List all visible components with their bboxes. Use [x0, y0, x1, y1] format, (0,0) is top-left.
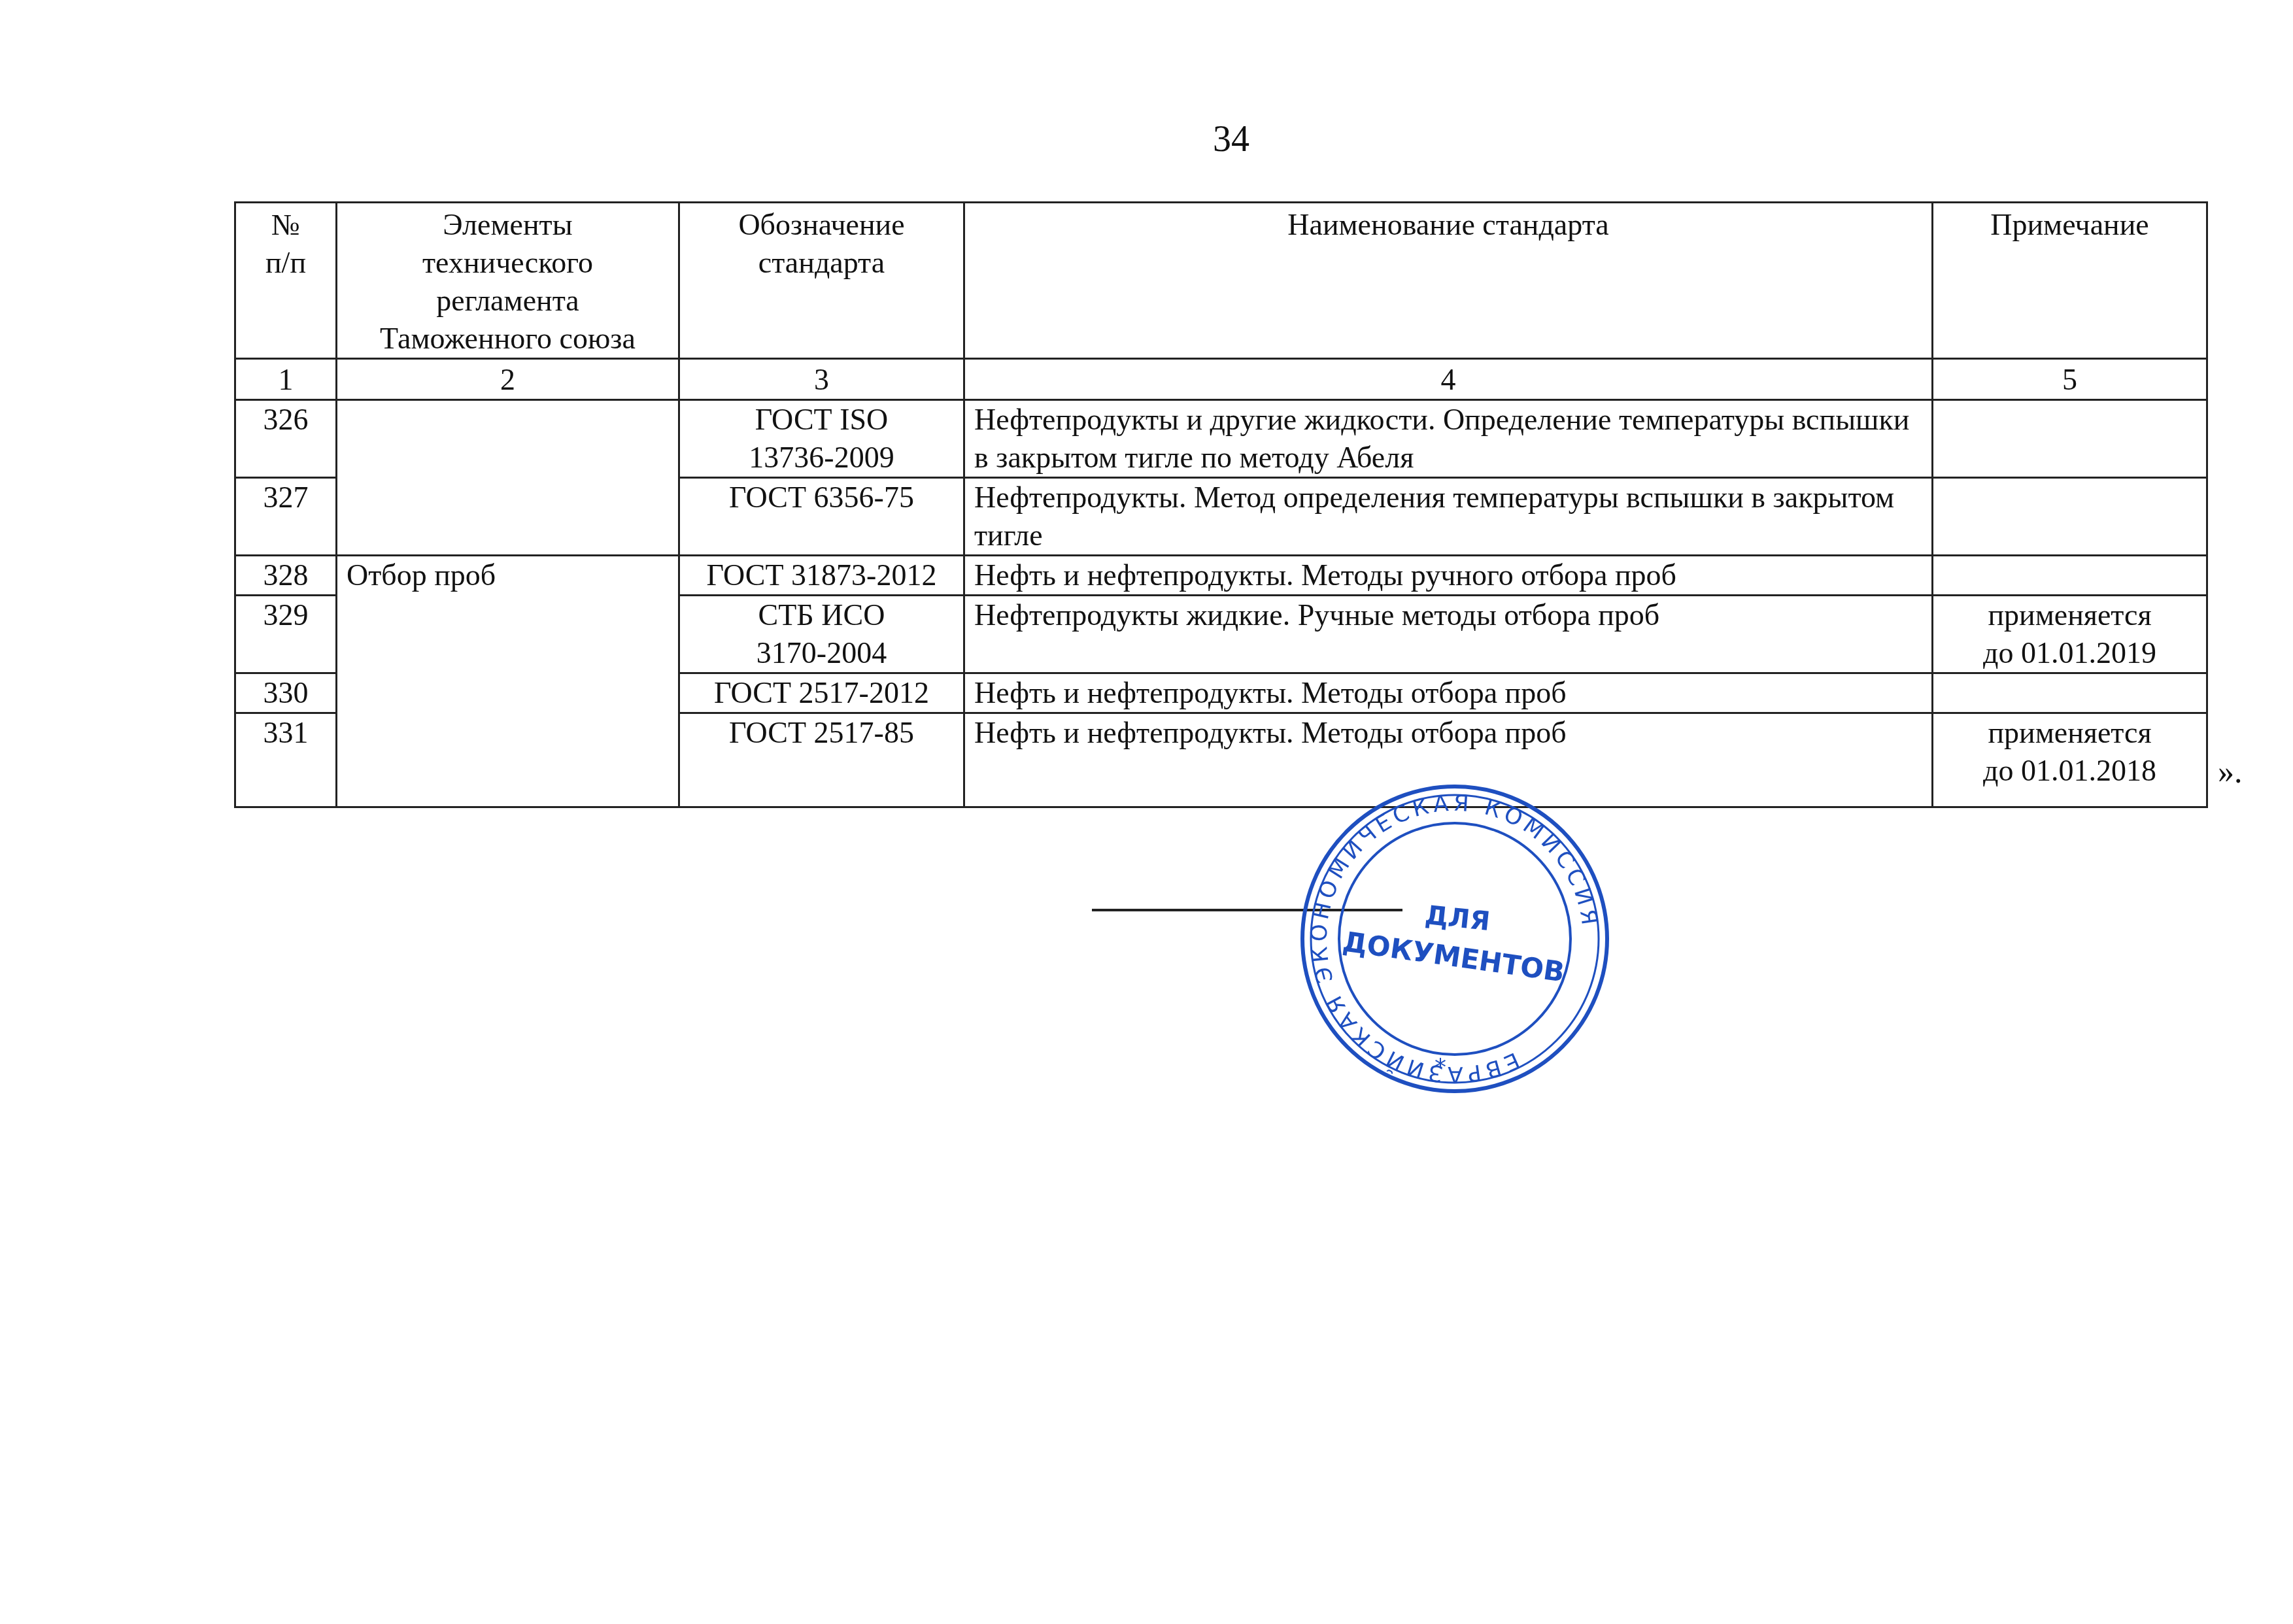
- column-number: 3: [679, 359, 964, 400]
- row-note: применяется до 01.01.2018: [1933, 713, 2207, 807]
- row-name: Нефть и нефтепродукты. Методы отбора про…: [964, 673, 1933, 713]
- row-code: ГОСТ 6356-75: [679, 478, 964, 556]
- column-number: 4: [964, 359, 1933, 400]
- row-code: ГОСТ ISO 13736-2009: [679, 400, 964, 478]
- column-number: 1: [235, 359, 337, 400]
- row-number: 330: [235, 673, 337, 713]
- row-note: [1933, 673, 2207, 713]
- row-element: [337, 400, 679, 556]
- table-row: 326 ГОСТ ISO 13736-2009 Нефтепродукты и …: [235, 400, 2207, 478]
- stamp-center-line2: ДОКУМЕНТОВ: [1341, 925, 1567, 988]
- row-code: СТБ ИСО 3170-2004: [679, 596, 964, 673]
- row-number: 329: [235, 596, 337, 673]
- standards-table: № п/п Элементы технического регламента Т…: [234, 201, 2208, 808]
- row-number: 326: [235, 400, 337, 478]
- stamp-center-line1: ДЛЯ: [1423, 900, 1491, 937]
- header-number: № п/п: [235, 203, 337, 359]
- column-numbers-row: 1 2 3 4 5: [235, 359, 2207, 400]
- row-name: Нефтепродукты жидкие. Ручные методы отбо…: [964, 596, 1933, 673]
- closing-quote: ».: [2218, 752, 2243, 791]
- header-standard-name: Наименование стандарта: [964, 203, 1933, 359]
- header-elements: Элементы технического регламента Таможен…: [337, 203, 679, 359]
- row-code: ГОСТ 2517-85: [679, 713, 964, 807]
- row-code: ГОСТ 31873-2012: [679, 556, 964, 596]
- row-note: [1933, 478, 2207, 556]
- row-name: Нефтепродукты и другие жидкости. Определ…: [964, 400, 1933, 478]
- row-number: 331: [235, 713, 337, 807]
- row-note: [1933, 400, 2207, 478]
- column-number: 2: [337, 359, 679, 400]
- header-note: Примечание: [1933, 203, 2207, 359]
- header-designation: Обозначение стандарта: [679, 203, 964, 359]
- table-header-row: № п/п Элементы технического регламента Т…: [235, 203, 2207, 359]
- row-code: ГОСТ 2517-2012: [679, 673, 964, 713]
- row-number: 327: [235, 478, 337, 556]
- row-number: 328: [235, 556, 337, 596]
- stamp-star-icon: *: [1435, 1054, 1446, 1081]
- column-number: 5: [1933, 359, 2207, 400]
- row-name: Нефть и нефтепродукты. Методы ручного от…: [964, 556, 1933, 596]
- row-note: [1933, 556, 2207, 596]
- row-element: Отбор проб: [337, 556, 679, 807]
- official-stamp: ЕВРАЗИЙСКАЯ ЭКОНОМИЧЕСКАЯ КОМИССИЯ * ДЛЯ…: [1298, 782, 1612, 1096]
- table-row: 328 Отбор проб ГОСТ 31873-2012 Нефть и н…: [235, 556, 2207, 596]
- row-note: применяется до 01.01.2019: [1933, 596, 2207, 673]
- page-number: 34: [1166, 118, 1297, 161]
- row-name: Нефтепродукты. Метод определения темпера…: [964, 478, 1933, 556]
